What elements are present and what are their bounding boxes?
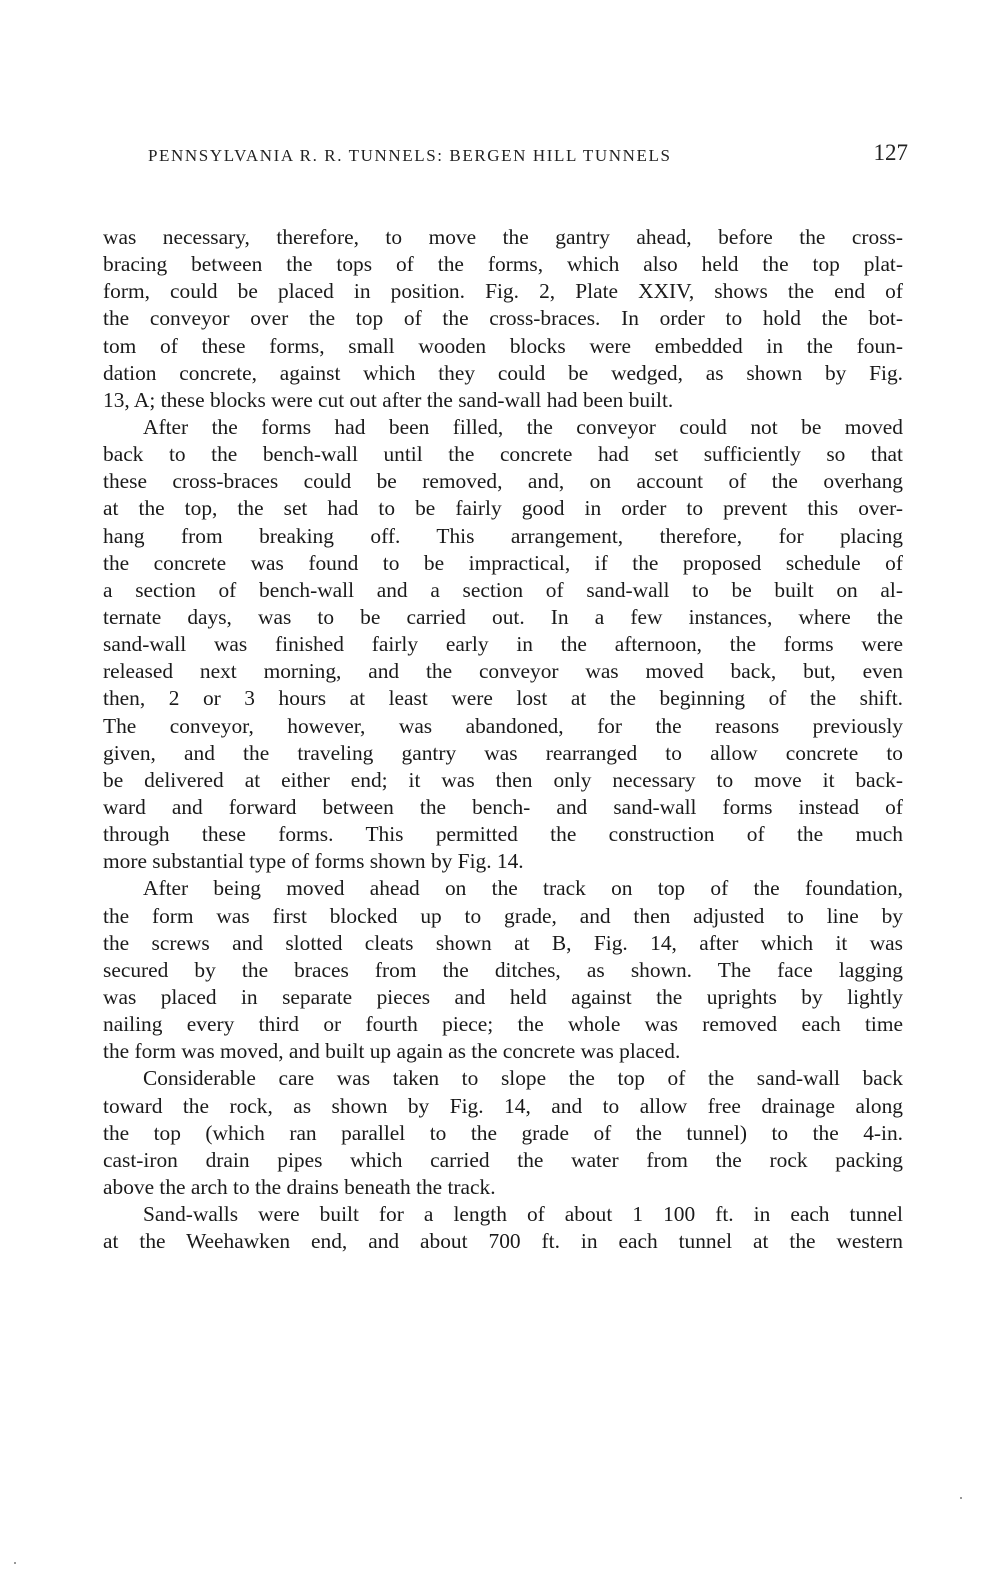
text-line: 13, A; these blocks were cut out after t…: [103, 387, 903, 414]
text-line: released next morning, and the conveyor …: [103, 658, 903, 685]
text-line: more substantial type of forms shown by …: [103, 848, 903, 875]
text-line: nailing every third or fourth piece; the…: [103, 1011, 903, 1038]
text-line: the top (which ran parallel to the grade…: [103, 1120, 903, 1147]
text-line: After the forms had been filled, the con…: [103, 414, 903, 441]
text-line: hang from breaking off. This arrangement…: [103, 523, 903, 550]
text-line: cast-iron drain pipes which carried the …: [103, 1147, 903, 1174]
text-line: secured by the braces from the ditches, …: [103, 957, 903, 984]
text-line: was necessary, therefore, to move the ga…: [103, 224, 903, 251]
running-title: PENNSYLVANIA R. R. TUNNELS: BERGEN HILL …: [148, 146, 672, 166]
text-line: Sand-walls were built for a length of ab…: [103, 1201, 903, 1228]
paragraph-3: After being moved ahead on the track on …: [103, 875, 903, 1065]
text-line: the form was moved, and built up again a…: [103, 1038, 903, 1065]
text-line: toward the rock, as shown by Fig. 14, an…: [103, 1093, 903, 1120]
text-line: at the Weehawken end, and about 700 ft. …: [103, 1228, 903, 1255]
text-line: ternate days, was to be carried out. In …: [103, 604, 903, 631]
text-line: bracing between the tops of the forms, w…: [103, 251, 903, 278]
text-line: ward and forward between the bench- and …: [103, 794, 903, 821]
text-line: a section of bench-wall and a section of…: [103, 577, 903, 604]
paragraph-4: Considerable care was taken to slope the…: [103, 1065, 903, 1201]
text-line: at the top, the set had to be fairly goo…: [103, 495, 903, 522]
body-text: was necessary, therefore, to move the ga…: [103, 224, 903, 1255]
text-line: given, and the traveling gantry was rear…: [103, 740, 903, 767]
running-head: PENNSYLVANIA R. R. TUNNELS: BERGEN HILL …: [148, 140, 908, 170]
text-line: dation concrete, against which they coul…: [103, 360, 903, 387]
text-line: then, 2 or 3 hours at least were lost at…: [103, 685, 903, 712]
text-line: Considerable care was taken to slope the…: [103, 1065, 903, 1092]
text-line: form, could be placed in position. Fig. …: [103, 278, 903, 305]
text-line: was placed in separate pieces and held a…: [103, 984, 903, 1011]
text-line: the screws and slotted cleats shown at B…: [103, 930, 903, 957]
text-line: be delivered at either end; it was then …: [103, 767, 903, 794]
scan-speck: [14, 1562, 16, 1564]
text-line: the conveyor over the top of the cross-b…: [103, 305, 903, 332]
paragraph-5: Sand-walls were built for a length of ab…: [103, 1201, 903, 1255]
text-line: back to the bench-wall until the concret…: [103, 441, 903, 468]
text-line: through these forms. This permitted the …: [103, 821, 903, 848]
scan-speck: [960, 1497, 962, 1499]
text-line: the form was first blocked up to grade, …: [103, 903, 903, 930]
text-line: The conveyor, however, was abandoned, fo…: [103, 713, 903, 740]
paragraph-2: After the forms had been filled, the con…: [103, 414, 903, 875]
text-line: the concrete was found to be impractical…: [103, 550, 903, 577]
text-line: tom of these forms, small wooden blocks …: [103, 333, 903, 360]
text-line: sand-wall was finished fairly early in t…: [103, 631, 903, 658]
text-line: After being moved ahead on the track on …: [103, 875, 903, 902]
text-line: these cross-braces could be removed, and…: [103, 468, 903, 495]
paragraph-1-continued: was necessary, therefore, to move the ga…: [103, 224, 903, 414]
text-line: above the arch to the drains beneath the…: [103, 1174, 903, 1201]
book-page: PENNSYLVANIA R. R. TUNNELS: BERGEN HILL …: [0, 0, 1000, 1586]
page-number: 127: [874, 140, 909, 166]
